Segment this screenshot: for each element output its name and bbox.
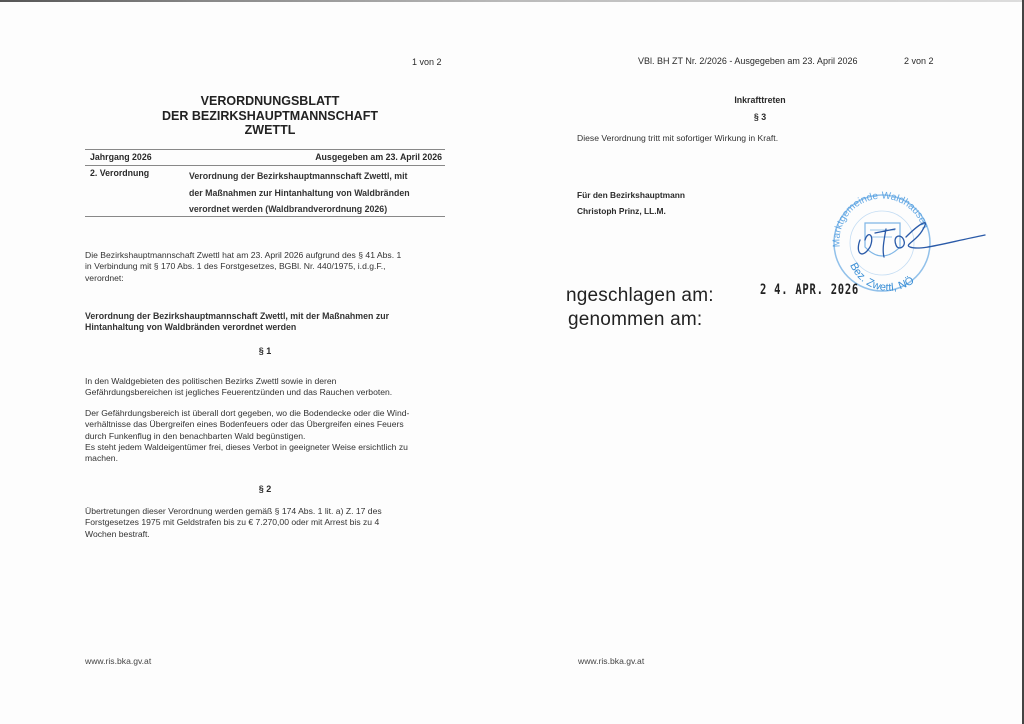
posted-date-stamp: 2 4. APR. 2026 (760, 282, 859, 298)
section-2-label: § 2 (240, 484, 290, 494)
section-1-paragraph-2: Der Gefährdungsbereich ist überall dort … (85, 408, 409, 464)
section-heading: Inkrafttreten (700, 95, 820, 105)
section-1-label: § 1 (240, 346, 290, 356)
title-line: DER BEZIRKSHAUPTMANNSCHAFT (150, 109, 390, 124)
ordinance-title: Verordnung der Bezirkshauptmannschaft Zw… (189, 168, 410, 218)
page-number: 2 von 2 (904, 56, 934, 66)
issue-date: Ausgegeben am 23. April 2026 (250, 152, 442, 162)
section-3-text: Diese Verordnung tritt mit sofortiger Wi… (577, 133, 778, 144)
volume-label: Jahrgang 2026 (90, 152, 152, 162)
divider (85, 165, 445, 166)
official-seal-icon: Marktgemeinde Waldhausen Bez. Zwettl, NÖ (820, 185, 1000, 295)
page-number: 1 von 2 (412, 56, 442, 68)
section-1-paragraph-1: In den Waldgebieten des politischen Bezi… (85, 376, 392, 399)
signatory-line-1: Für den Bezirkshauptmann (577, 190, 685, 200)
ordinance-number: 2. Verordnung (90, 168, 149, 178)
gazette-title: VERORDNUNGSBLATT DER BEZIRKSHAUPTMANNSCH… (150, 94, 390, 138)
footer-link[interactable]: www.ris.bka.gv.at (85, 656, 151, 666)
posted-on-label: ngeschlagen am: (566, 285, 714, 307)
divider (85, 149, 445, 150)
title-line: ZWETTL (150, 123, 390, 138)
footer-link[interactable]: www.ris.bka.gv.at (578, 656, 644, 666)
signatory-name: Christoph Prinz, LL.M. (577, 206, 666, 216)
section-2-paragraph: Übertretungen dieser Verordnung werden g… (85, 506, 382, 540)
title-line: VERORDNUNGSBLATT (150, 94, 390, 109)
divider (85, 216, 445, 217)
ordinance-heading: Verordnung der Bezirkshauptmannschaft Zw… (85, 311, 389, 334)
intro-paragraph: Die Bezirkshauptmannschaft Zwettl hat am… (85, 250, 401, 284)
removed-on-label: genommen am: (568, 309, 702, 331)
scan-top-edge (0, 0, 1024, 2)
section-3-label: § 3 (735, 112, 785, 122)
running-header: VBl. BH ZT Nr. 2/2026 - Ausgegeben am 23… (638, 56, 857, 66)
